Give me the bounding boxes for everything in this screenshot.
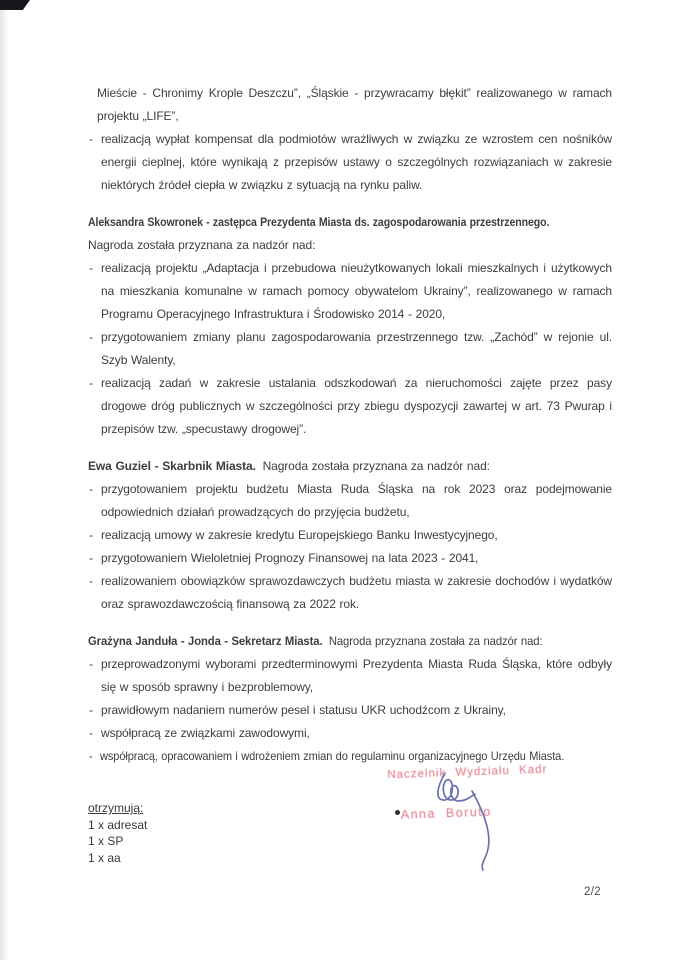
person-name: Ewa Guziel - Skarbnik Miasta. xyxy=(88,459,256,473)
section-intro: Nagroda przyznana została za nadzór nad: xyxy=(329,634,543,648)
section-grazyna-jandula-jonda: Grażyna Janduła - Jonda - Sekretarz Mias… xyxy=(88,630,612,768)
distribution-item: 1 x aa xyxy=(88,850,147,867)
continuation-paragraph: Mieście - Chronimy Krople Deszczu”, „Ślą… xyxy=(88,82,612,197)
document-page: Mieście - Chronimy Krople Deszczu”, „Ślą… xyxy=(0,0,679,960)
bullet-item: przygotowaniem Wieloletniej Prognozy Fin… xyxy=(88,547,612,570)
section-aleksandra-skowronek: Aleksandra Skowronek - zastępca Prezyden… xyxy=(88,211,612,441)
person-name: Grażyna Janduła - Jonda - Sekretarz Mias… xyxy=(88,634,322,648)
document-body: Mieście - Chronimy Krople Deszczu”, „Ślą… xyxy=(88,82,612,782)
section-heading: Ewa Guziel - Skarbnik Miasta. Nagroda zo… xyxy=(88,455,612,478)
bullet-item: przeprowadzonymi wyborami przedterminowy… xyxy=(88,653,612,699)
bullet-item: współpracą ze związkami zawodowymi, xyxy=(88,722,612,745)
bullet-item: prawidłowym nadaniem numerów pesel i sta… xyxy=(88,699,612,722)
handwritten-signature-icon xyxy=(418,763,518,873)
distribution-item: 1 x SP xyxy=(88,833,147,850)
page-number: 2/2 xyxy=(584,881,601,904)
bullet-item: realizowaniem obowiązków sprawozdawczych… xyxy=(88,570,612,616)
bullet-item: przygotowaniem projektu budżetu Miasta R… xyxy=(88,478,612,524)
scan-artifact-left-edge xyxy=(0,0,9,960)
section-heading: Grażyna Janduła - Jonda - Sekretarz Mias… xyxy=(88,630,581,653)
scan-artifact-corner xyxy=(0,0,30,10)
body-text: Mieście - Chronimy Krople Deszczu”, „Ślą… xyxy=(88,82,612,128)
bullet-item: realizacją zadań w zakresie ustalania od… xyxy=(88,372,612,441)
bullet-item: realizacją projektu „Adaptacja i przebud… xyxy=(88,257,612,326)
section-intro: Nagroda została przyznana za nadzór nad: xyxy=(88,234,612,257)
distribution-header: otrzymują: xyxy=(88,800,147,817)
section-intro: Nagroda została przyznana za nadzór nad: xyxy=(263,459,490,473)
ink-dot xyxy=(395,810,400,815)
bullet-item: realizacją umowy w zakresie kredytu Euro… xyxy=(88,524,612,547)
bullet-item: przygotowaniem zmiany planu zagospodarow… xyxy=(88,326,612,372)
section-ewa-guziel: Ewa Guziel - Skarbnik Miasta. Nagroda zo… xyxy=(88,455,612,616)
bullet-item: realizacją wypłat kompensat dla podmiotó… xyxy=(88,128,612,197)
distribution-item: 1 x adresat xyxy=(88,817,147,834)
distribution-list: otrzymują: 1 x adresat 1 x SP 1 x aa xyxy=(88,800,147,866)
section-heading: Aleksandra Skowronek - zastępca Prezyden… xyxy=(88,211,549,234)
